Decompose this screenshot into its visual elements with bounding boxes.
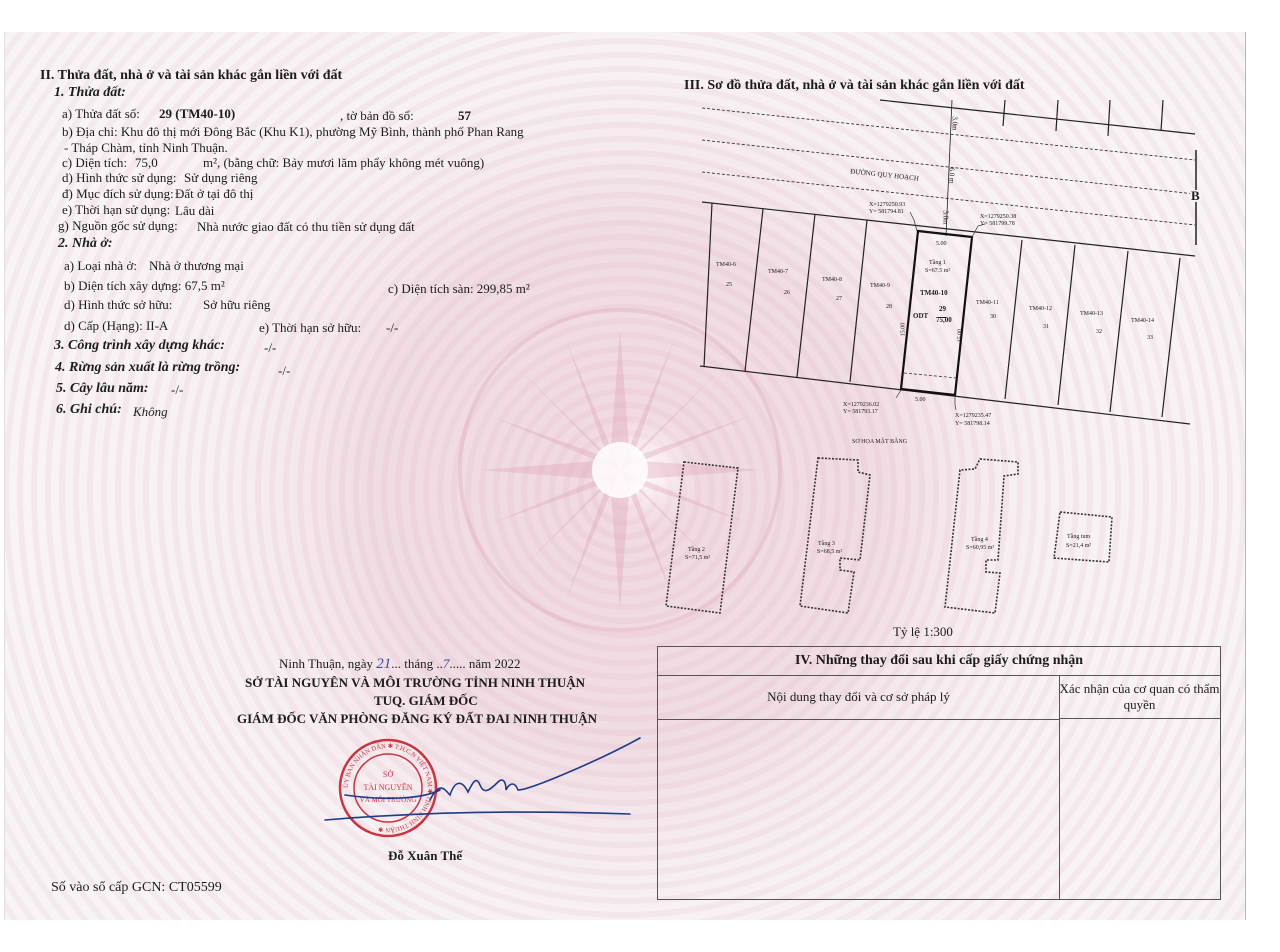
floor-area-total: c) Diện tích sàn: 299,85 m²: [388, 281, 530, 296]
use-form-value: Sử dụng riêng: [184, 170, 258, 185]
official-stamp-icon: ỦY BAN NHÂN DÂN ✱ T.H.C.N VIỆT NAM ✱ TỈN…: [337, 737, 439, 839]
north-marker: B: [1191, 188, 1200, 203]
main-parcel-code: TM40-10: [920, 286, 948, 301]
edge-left-length: 15.00: [896, 323, 911, 337]
neighbor-parcel-number: 32: [1096, 325, 1102, 340]
forest-value: -/-: [278, 363, 290, 378]
section-2-title: II. Thửa đất, nhà ở và tài sản khác gắn …: [40, 68, 342, 83]
date-prefix: Ninh Thuận, ngày: [279, 656, 373, 671]
neighbor-parcel-code: TM40-11: [976, 296, 999, 311]
registry-label: Số vào sổ cấp GCN:: [51, 880, 165, 895]
purpose-value: Đất ở tại đô thị: [175, 186, 253, 201]
neighbor-parcel-number: 33: [1147, 331, 1153, 346]
dim-top: 3.0m: [947, 116, 962, 130]
changes-column-confirmation: Xác nhận của cơ quan có thẩm quyền: [1059, 675, 1220, 719]
map-sheet-value: 57: [458, 108, 471, 123]
grade: d) Cấp (Hạng): II-A: [64, 318, 168, 333]
perennial-value: -/-: [171, 382, 183, 397]
origin-value: Nhà nước giao đất có thu tiền sử dụng đấ…: [197, 219, 415, 234]
address-line-2: - Tháp Chàm, tỉnh Ninh Thuận.: [64, 140, 228, 155]
on-behalf: TUQ. GIÁM ĐỐC: [374, 693, 478, 708]
perennial-label: 5. Cây lâu năm:: [56, 381, 149, 396]
use-form-label: d) Hình thức sử dụng:: [62, 170, 176, 185]
term-value: Lâu dài: [175, 203, 214, 218]
floorplan-title: SƠ HỌA MẶT BẰNG: [852, 435, 907, 450]
house-type-label: a) Loại nhà ở:: [64, 258, 137, 273]
floor-4-area: S=60,95 m²: [966, 541, 994, 556]
dim-road: 6.0 m: [943, 168, 958, 184]
neighbor-parcel-code: TM40-13: [1080, 307, 1103, 322]
main-land-type: ODT: [913, 309, 928, 324]
svg-text:VÀ MÔI TRƯỜNG: VÀ MÔI TRƯỜNG: [360, 796, 417, 804]
main-parcel-area: 75,00: [936, 313, 952, 328]
changes-column-content: Nội dung thay đổi và cơ sở pháp lý: [658, 675, 1060, 720]
neighbor-parcel-number: 31: [1043, 320, 1049, 335]
own-term-label: e) Thời hạn sở hữu:: [259, 320, 361, 335]
map-sheet-label: , tờ bản đồ số:: [340, 108, 414, 123]
parcel-number-label: a) Thửa đất số:: [62, 106, 140, 121]
edge-bottom-length: 5.00: [915, 393, 926, 408]
origin-label: g) Nguồn gốc sử dụng:: [58, 218, 178, 233]
neighbor-parcel-code: TM40-14: [1131, 314, 1154, 329]
address-line-1: b) Địa chỉ: Khu đô thị mới Đông Bắc (Khu…: [62, 124, 524, 139]
date-line: Ninh Thuận, ngày 21... tháng ..7..... nă…: [279, 656, 521, 672]
dim-setback: 3.0m: [938, 210, 953, 224]
neighbor-parcel-code: TM40-6: [716, 258, 736, 273]
coord-top-left-y: Y= 581794.81: [869, 205, 904, 220]
floor-3-area: S=68,5 m²: [817, 545, 842, 560]
registry-number: Số vào sổ cấp GCN: CT05599: [51, 880, 222, 895]
changes-table: IV. Những thay đổi sau khi cấp giấy chứn…: [657, 646, 1221, 900]
other-construction-value: -/-: [264, 340, 276, 355]
ownership-value: Sở hữu riêng: [203, 297, 270, 312]
neighbor-parcel-code: TM40-9: [870, 279, 890, 294]
build-area: b) Diện tích xây dựng: 67,5 m²: [64, 278, 225, 293]
floor-2-area: S=71,5 m²: [685, 551, 710, 566]
signer-name: Đỗ Xuân Thế: [388, 848, 462, 863]
scale-label: Tỷ lệ 1:300: [893, 624, 953, 639]
neighbor-parcel-code: TM40-12: [1029, 302, 1052, 317]
section-3-title: III. Sơ đồ thửa đất, nhà ở và tài sản kh…: [684, 78, 1025, 93]
office-name: GIÁM ĐỐC VĂN PHÒNG ĐĂNG KÝ ĐẤT ĐAI NINH …: [237, 711, 597, 726]
date-day: 21: [376, 656, 391, 672]
edge-top-length: 5.00: [936, 237, 947, 252]
house-heading: 2. Nhà ở:: [58, 236, 113, 251]
svg-text:SỞ: SỞ: [383, 769, 394, 779]
note-value: Không: [133, 404, 168, 419]
changes-confirmation-cell: [1060, 719, 1220, 899]
house-type-value: Nhà ở thương mại: [149, 258, 244, 273]
area-unit-words: m², (bằng chữ: Bảy mươi lăm phẩy không m…: [203, 155, 484, 170]
main-floor-area: S=67.5 m²: [925, 264, 950, 279]
neighbor-parcel-number: 30: [990, 310, 996, 325]
area-value: 75,0: [135, 155, 158, 170]
neighbor-parcel-number: 27: [836, 292, 842, 307]
neighbor-parcel-number: 25: [726, 278, 732, 293]
neighbor-parcel-number: 26: [784, 286, 790, 301]
own-term-value: -/-: [386, 320, 398, 335]
neighbor-parcel-number: 28: [886, 300, 892, 315]
land-heading: 1. Thửa đất:: [54, 85, 126, 100]
svg-text:TÀI NGUYÊN: TÀI NGUYÊN: [363, 782, 412, 792]
neighbor-parcel-code: TM40-8: [822, 273, 842, 288]
date-year: năm 2022: [469, 656, 521, 671]
edge-right-length: 15.00: [953, 329, 968, 343]
changes-content-cell: [658, 719, 1060, 899]
forest-label: 4. Rừng sản xuất là rừng trồng:: [55, 360, 240, 375]
note-label: 6. Ghi chú:: [56, 402, 122, 417]
date-month-prefix: tháng: [404, 656, 433, 671]
agency-name: SỞ TÀI NGUYÊN VÀ MÔI TRƯỜNG TỈNH NINH TH…: [245, 675, 585, 690]
floor-tum-area: S=21,4 m²: [1066, 539, 1091, 554]
ownership-label: d) Hình thức sở hữu:: [64, 297, 172, 312]
other-construction-label: 3. Công trình xây dựng khác:: [54, 338, 225, 353]
registry-value: CT05599: [169, 880, 222, 895]
neighbor-parcel-code: TM40-7: [768, 265, 788, 280]
purpose-label: đ) Mục đích sử dụng:: [62, 186, 174, 201]
area-label: c) Diện tích:: [62, 155, 127, 170]
term-label: e) Thời hạn sử dụng:: [62, 202, 170, 217]
section-4-title: IV. Những thay đổi sau khi cấp giấy chứn…: [658, 647, 1220, 676]
parcel-number-value: 29 (TM40-10): [159, 106, 235, 121]
coord-bottom-left-y: Y= 581793.17: [843, 405, 878, 420]
coord-top-right-y: Y= 581799.78: [980, 217, 1015, 232]
coord-bottom-right-y: Y= 581798.14: [955, 417, 990, 432]
